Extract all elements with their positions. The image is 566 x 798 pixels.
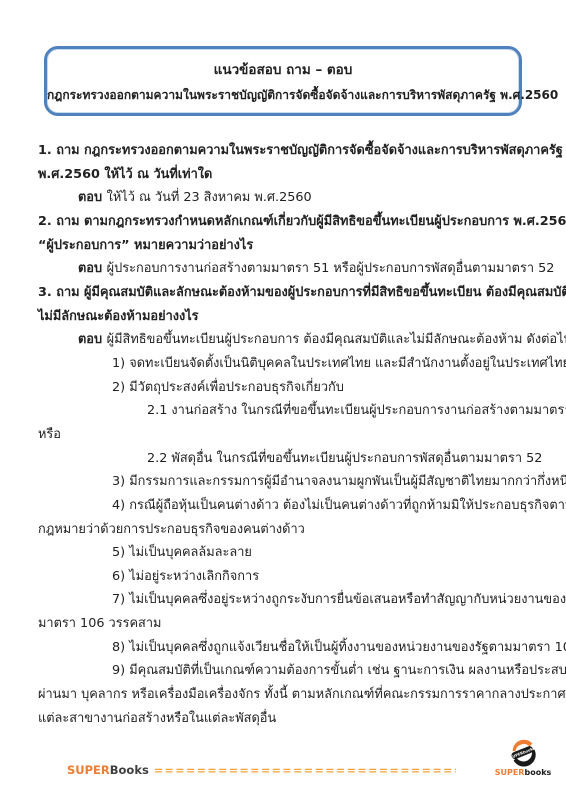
- superbooks-logo: SUPERbooks SUPERbooks: [488, 737, 558, 777]
- body-line: 2.2 พัสดุอื่น ในกรณีที่ขอขึ้นทะเบียนผู้ป…: [38, 447, 536, 471]
- body-line: ตอบ ผู้มีสิทธิขอขึ้นทะเบียนผู้ประกอบการ …: [38, 328, 536, 352]
- body-line: “ผู้ประกอบการ” หมายความว่าอย่างไร: [38, 234, 536, 258]
- footer-brand-books: Books: [110, 763, 149, 777]
- logo-text-books: books: [524, 768, 551, 777]
- body-line: ผ่านมา บุคลากร หรือเครื่องมือเครื่องจักร…: [38, 683, 536, 707]
- footer-brand-super: SUPER: [67, 763, 110, 777]
- body-line: 1. ถาม กฎกระทรวงออกตามความในพระราชบัญญัต…: [38, 139, 536, 163]
- superbooks-logo-text: SUPERbooks: [488, 768, 558, 777]
- body-line: มาตรา 106 วรรคสาม: [38, 612, 536, 636]
- body-line: ตอบ ให้ไว้ ณ วันที่ 23 สิงหาคม พ.ศ.2560: [38, 186, 536, 210]
- footer-separator-line: ========================================…: [154, 764, 456, 777]
- answer-prefix: ตอบ: [78, 190, 107, 205]
- body-line: 9) มีคุณสมบัติที่เป็นเกณฑ์ความต้องการขั้…: [38, 659, 536, 683]
- body-line: แต่ละสาขางานก่อสร้างหรือในแต่ละพัสดุอื่น: [38, 707, 536, 731]
- body-line: 8) ไม่เป็นบุคคลซึ่งถูกแจ้งเวียนชื่อให้เป…: [38, 636, 536, 660]
- footer-rule: SUPERBooks =============================…: [67, 763, 456, 779]
- footer-brand: SUPERBooks: [67, 763, 149, 777]
- page-subtitle: กฎกระทรวงออกตามความในพระราชบัญญัติการจัด…: [47, 86, 519, 105]
- body-line: 3) มีกรรมการและกรรมการผู้มีอำนาจลงนามผูก…: [38, 470, 536, 494]
- logo-text-super: SUPER: [495, 768, 525, 777]
- body-line: 6) ไม่อยู่ระหว่างเลิกกิจการ: [38, 565, 536, 589]
- body-line: 2) มีวัตถุประสงค์เพื่อประกอบธุรกิจเกี่ยว…: [38, 376, 536, 400]
- document-body: 1. ถาม กฎกระทรวงออกตามความในพระราชบัญญัต…: [38, 139, 536, 730]
- page-title: แนวข้อสอบ ถาม – ตอบ: [47, 58, 519, 80]
- body-line: 7) ไม่เป็นบุคคลซึ่งอยู่ระหว่างถูกระงับกา…: [38, 588, 536, 612]
- body-line: 3. ถาม ผู้มีคุณสมบัติและลักษณะต้องห้ามขอ…: [38, 281, 536, 305]
- body-line: ไม่มีลักษณะต้องห้ามอย่างงไร: [38, 305, 536, 329]
- body-line: พ.ศ.2560 ให้ไว้ ณ วันที่เท่าใด: [38, 163, 536, 187]
- body-line: ตอบ ผู้ประกอบการงานก่อสร้างตามมาตรา 51 ห…: [38, 257, 536, 281]
- superbooks-swoosh-globe-icon: SUPERbooks: [508, 737, 538, 767]
- body-line: 5) ไม่เป็นบุคคลล้มละลาย: [38, 541, 536, 565]
- answer-prefix: ตอบ: [78, 332, 107, 347]
- body-line: กฎหมายว่าด้วยการประกอบธุรกิจของคนต่างด้า…: [38, 518, 536, 542]
- body-line: หรือ: [38, 423, 536, 447]
- body-line: 4) กรณีผู้ถือหุ้นเป็นคนต่างด้าว ต้องไม่เ…: [38, 494, 536, 518]
- answer-prefix: ตอบ: [78, 261, 107, 276]
- body-line: 2.1 งานก่อสร้าง ในกรณีที่ขอขึ้นทะเบียนผู…: [38, 399, 536, 423]
- body-line: 1) จดทะเบียนจัดตั้งเป็นนิติบุคคลในประเทศ…: [38, 352, 536, 376]
- document-page: แนวข้อสอบ ถาม – ตอบ กฎกระทรวงออกตามความใ…: [0, 0, 566, 798]
- body-line: 2. ถาม ตามกฎกระทรวงกำหนดหลักเกณฑ์เกี่ยวก…: [38, 210, 536, 234]
- title-box: แนวข้อสอบ ถาม – ตอบ กฎกระทรวงออกตามความใ…: [44, 46, 522, 116]
